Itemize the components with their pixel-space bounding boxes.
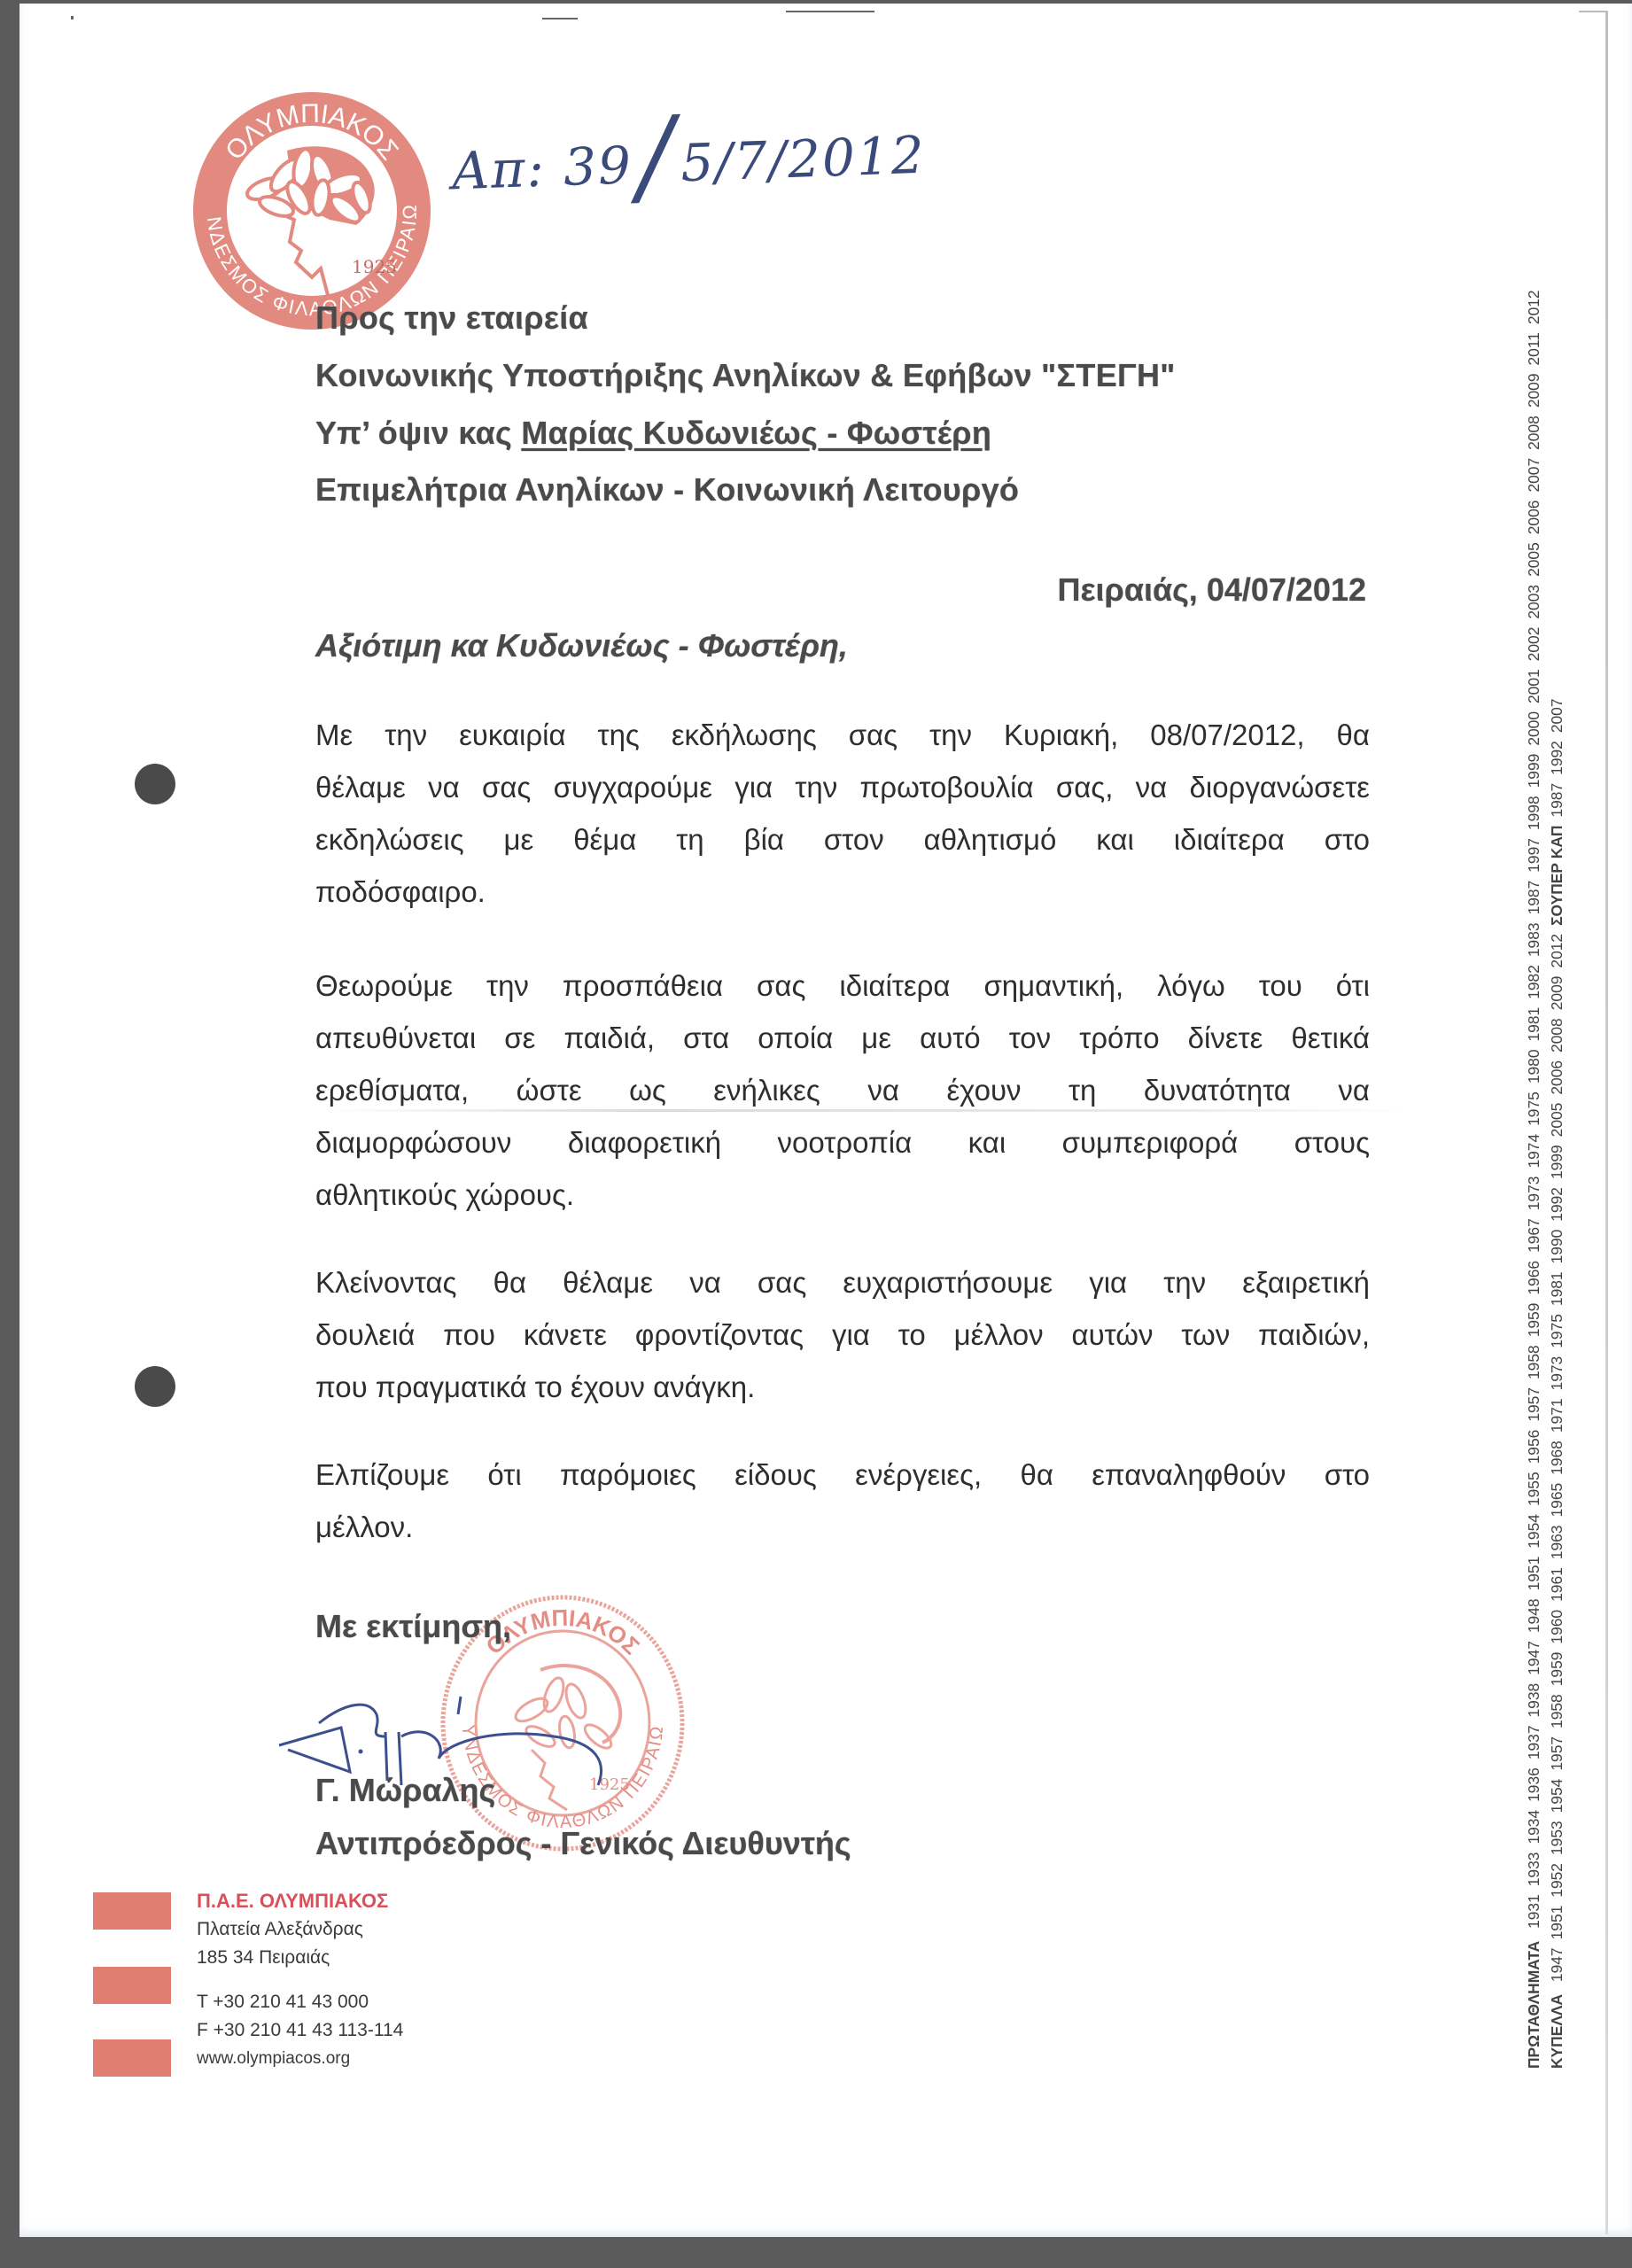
championship-year: 2006: [1525, 501, 1543, 535]
svg-text:1925: 1925: [352, 256, 397, 277]
closing: Με εκτίμηση,: [315, 1608, 511, 1645]
recipient-line-4: Επιμελήτρια Ανηλίκων - Κοινωνική Λειτουρ…: [315, 471, 1019, 509]
championship-year: 1959: [1525, 1303, 1543, 1338]
championship-year: 1974: [1525, 1134, 1543, 1169]
recipient-line-1: Προς την εταιρεία: [315, 299, 588, 337]
cup-year: 1958: [1548, 1694, 1566, 1728]
championship-year: 1998: [1525, 796, 1543, 830]
body-line: Με την ευκαιρία της εκδήλωσης σας την Κυ…: [315, 709, 1370, 761]
body-line: Κλείνοντας θα θέλαμε να σας ευχαριστήσου…: [315, 1256, 1370, 1309]
championship-year: 2000: [1525, 711, 1543, 746]
championship-year: 1937: [1525, 1725, 1543, 1759]
cup-year: 1963: [1548, 1526, 1566, 1560]
footer-accent-bar: [93, 1892, 171, 1930]
championship-year: 1997: [1525, 838, 1543, 873]
championship-year: 1957: [1525, 1387, 1543, 1422]
body-line: Ελπίζουμε ότι παρόμοιες είδους ενέργειες…: [315, 1449, 1370, 1501]
footer-phone: T +30 210 41 43 000: [197, 1988, 403, 2016]
cup-year: 2009: [1548, 976, 1566, 1011]
cups-label: ΚΥΠΕΛΛΑ: [1548, 1994, 1566, 2069]
body-line: εκδηλώσεις με θέμα τη βία στον αθλητισμό…: [315, 813, 1370, 866]
championship-year: 1947: [1525, 1641, 1543, 1675]
olympiacos-crest-icon: ΟΛΥΜΠΙΑΚΟΣ ΣΥΝΔΕΣΜΟΣ ΦΙΛΑΘΛΩΝ ΠΕΙΡΑΙΩΣ 1…: [188, 87, 436, 335]
championship-year: 1936: [1525, 1767, 1543, 1802]
scan-artifact: [786, 11, 874, 12]
cup-year: 1951: [1548, 1906, 1566, 1940]
recipient-line-2: Κοινωνικής Υποστήριξης Ανηλίκων & Εφήβων…: [315, 357, 1176, 394]
honours-list: ΠΡΩΤΑΘΛΗΜΑΤΑ 193119331934193619371938194…: [1522, 282, 1568, 2069]
championship-year: 2003: [1525, 585, 1543, 619]
body-line: ποδόσφαιρο.: [315, 866, 1370, 918]
body-paragraph-2: Θεωρούμε την προσπάθεια σας ιδιαίτερα ση…: [315, 959, 1370, 1221]
salutation: Αξιότιμη κα Κυδωνιέως - Φωστέρη,: [315, 627, 848, 664]
championship-year: 1966: [1525, 1261, 1543, 1295]
body-line: θέλαμε να σας συγχαρούμε για την πρωτοβο…: [315, 761, 1370, 813]
championships-label: ΠΡΩΤΑΘΛΗΜΑΤΑ: [1525, 1941, 1543, 2069]
footer-org-name: Π.Α.Ε. ΟΛΥΜΠΙΑΚΟΣ: [197, 1887, 403, 1915]
body-line: διαμορφώσουν διαφορετική νοοτροπία και σ…: [315, 1116, 1370, 1169]
attention-prefix: Υπ’ όψιν κας: [315, 415, 521, 451]
championship-year: 1934: [1525, 1810, 1543, 1845]
signer-name: Γ. Μώραλης: [315, 1772, 495, 1809]
cup-year: 1981: [1548, 1271, 1566, 1306]
cup-year: 1992: [1548, 1187, 1566, 1222]
scan-artifact: [71, 16, 74, 19]
championship-year: 1980: [1525, 1049, 1543, 1084]
super-cup-year: 2007: [1548, 698, 1566, 733]
body-paragraph-1: Με την ευκαιρία της εκδήλωσης σας την Κυ…: [315, 709, 1370, 918]
cups-row: ΚΥΠΕΛΛΑ 19471951195219531954195719581959…: [1545, 282, 1568, 2069]
body-line: απευθύνεται σε παιδιά, στα οποία με αυτό…: [315, 1012, 1370, 1064]
championship-year: 2009: [1525, 373, 1543, 408]
footer-accent-bar: [93, 1967, 171, 2004]
championship-year: 1951: [1525, 1557, 1543, 1591]
protocol-number-value: 39: [563, 135, 633, 198]
protocol-date: 5/7/2012: [680, 125, 927, 194]
body-paragraph-3: Κλείνοντας θα θέλαμε να σας ευχαριστήσου…: [315, 1256, 1370, 1413]
protocol-prefix: Απ:: [451, 138, 547, 202]
recipient-line-3: Υπ’ όψιν κας Μαρίας Κυδωνιέως - Φωστέρη: [315, 415, 991, 452]
paper-fold-corner: [1579, 11, 1607, 12]
footer-website[interactable]: www.olympiacos.org: [197, 2045, 403, 2073]
cup-year: 1953: [1548, 1821, 1566, 1855]
championship-year: 1948: [1525, 1598, 1543, 1633]
cup-year: 2006: [1548, 1060, 1566, 1095]
championship-year: 2002: [1525, 627, 1543, 662]
championship-year: 2012: [1525, 290, 1543, 324]
footer-address-2: 185 34 Πειραιάς: [197, 1944, 403, 1972]
cup-year: 1968: [1548, 1441, 1566, 1475]
championship-year: 1931: [1525, 1894, 1543, 1929]
championship-year: 1973: [1525, 1177, 1543, 1211]
championship-year: 1982: [1525, 965, 1543, 999]
footer-fax: F +30 210 41 43 113-114: [197, 2016, 403, 2045]
footer-accent-bar: [93, 2039, 171, 2077]
cup-year: 1947: [1548, 1947, 1566, 1982]
super-cup-year: 1992: [1548, 741, 1566, 775]
signer-title: Αντιπρόεδρος - Γενικός Διευθυντής: [315, 1825, 851, 1862]
championship-year: 1967: [1525, 1218, 1543, 1253]
cup-year: 2012: [1548, 934, 1566, 968]
cup-year: 2005: [1548, 1103, 1566, 1138]
super-cup-label: ΣΟΥΠΕΡ ΚΑΠ: [1548, 826, 1566, 926]
club-logo: ΟΛΥΜΠΙΑΚΟΣ ΣΥΝΔΕΣΜΟΣ ΦΙΛΑΘΛΩΝ ΠΕΙΡΑΙΩΣ 1…: [188, 87, 436, 335]
body-line: Θεωρούμε την προσπάθεια σας ιδιαίτερα ση…: [315, 959, 1370, 1012]
championship-year: 1933: [1525, 1852, 1543, 1887]
championship-year: 2005: [1525, 542, 1543, 577]
paper-fold-edge: [1605, 11, 1608, 2234]
body-line: που πραγματικά το έχουν ανάγκη.: [315, 1361, 1370, 1413]
footer-spacer: [197, 1972, 403, 1988]
championship-year: 2011: [1525, 332, 1543, 365]
cup-year: 1965: [1548, 1483, 1566, 1518]
cup-year: 1999: [1548, 1145, 1566, 1179]
cup-year: 1961: [1548, 1567, 1566, 1602]
punch-hole: [135, 764, 175, 804]
championship-year: 2008: [1525, 416, 1543, 450]
body-line: μέλλον.: [315, 1501, 1370, 1553]
championship-year: 2001: [1525, 669, 1543, 703]
championship-year: 1958: [1525, 1345, 1543, 1379]
super-cup-year: 1987: [1548, 783, 1566, 818]
championship-year: 2007: [1525, 458, 1543, 493]
championships-row: ΠΡΩΤΑΘΛΗΜΑΤΑ 193119331934193619371938194…: [1522, 282, 1545, 2069]
letter-date: Πειραιάς, 04/07/2012: [1057, 571, 1366, 609]
cup-year: 1975: [1548, 1314, 1566, 1348]
championship-year: 1954: [1525, 1514, 1543, 1549]
championship-year: 1983: [1525, 922, 1543, 957]
championship-year: 1956: [1525, 1430, 1543, 1464]
cup-year: 1957: [1548, 1736, 1566, 1771]
body-line: αθλητικούς χώρους.: [315, 1169, 1370, 1221]
cup-year: 1973: [1548, 1356, 1566, 1391]
punch-hole: [135, 1366, 175, 1407]
attention-name: Μαρίας Κυδωνιέως - Φωστέρη: [521, 415, 991, 451]
cup-year: 1959: [1548, 1652, 1566, 1687]
body-line: ερεθίσματα, ώστε ως ενήλικες να έχουν τη…: [315, 1064, 1370, 1116]
championship-year: 1999: [1525, 754, 1543, 788]
body-line: δουλειά που κάνετε φροντίζοντας για το μ…: [315, 1309, 1370, 1361]
cup-year: 1952: [1548, 1863, 1566, 1898]
championship-year: 1975: [1525, 1091, 1543, 1126]
championship-year: 1987: [1525, 881, 1543, 915]
footer-address-1: Πλατεία Αλεξάνδρας: [197, 1915, 403, 1944]
body-paragraph-4: Ελπίζουμε ότι παρόμοιες είδους ενέργειες…: [315, 1449, 1370, 1553]
cup-year: 2008: [1548, 1018, 1566, 1052]
championship-year: 1938: [1525, 1683, 1543, 1718]
slash-mark: /: [638, 157, 675, 158]
footer-contact: Π.Α.Ε. ΟΛΥΜΠΙΑΚΟΣ Πλατεία Αλεξάνδρας 185…: [197, 1887, 403, 2073]
championship-year: 1981: [1525, 1007, 1543, 1042]
scan-artifact: [542, 18, 578, 19]
cup-year: 1960: [1548, 1610, 1566, 1644]
championship-year: 1955: [1525, 1472, 1543, 1506]
cup-year: 1954: [1548, 1779, 1566, 1814]
cup-year: 1971: [1548, 1398, 1566, 1433]
cup-year: 1990: [1548, 1230, 1566, 1264]
